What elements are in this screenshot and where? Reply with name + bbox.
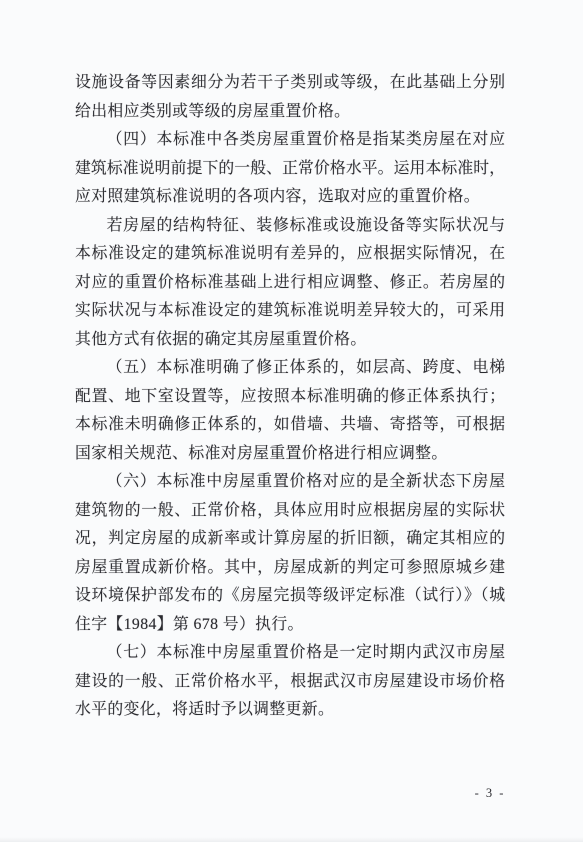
document-text-block: 设施设备等因素细分为若干子类别或等级，在此基础上分别给出相应类别或等级的房屋重置… <box>75 69 505 725</box>
text-line-19: 设环境保护部发布的《房屋完损等级评定标准（试行）》（城 <box>75 582 505 611</box>
text-line-13: 本标准未明确修正体系的，如借墙、共墙、寄搭等，可根据 <box>75 411 505 440</box>
text-line-8: 对应的重置价格标准基础上进行相应调整、修正。若房屋的 <box>75 269 505 298</box>
text-line-17: 况，判定房屋的成新率或计算房屋的折旧额，确定其相应的 <box>75 525 505 554</box>
text-line-23: 水平的变化，将适时予以调整更新。 <box>75 696 505 725</box>
text-line-16: 建筑物的一般、正常价格，具体应用时应根据房屋的实际状 <box>75 497 505 526</box>
text-line-3: （四）本标准中各类房屋重置价格是指某类房屋在对应 <box>75 126 505 155</box>
text-line-20: 住字【1984】第 678 号）执行。 <box>75 611 505 640</box>
text-line-4: 建筑标准说明前提下的一般、正常价格水平。运用本标准时， <box>75 155 505 184</box>
text-line-2: 给出相应类别或等级的房屋重置价格。 <box>75 98 505 127</box>
text-line-9: 实际状况与本标准设定的建筑标准说明差异较大的，可采用 <box>75 297 505 326</box>
text-line-15: （六）本标准中房屋重置价格对应的是全新状态下房屋 <box>75 468 505 497</box>
text-line-22: 建设的一般、正常价格水平，根据武汉市房屋建设市场价格 <box>75 668 505 697</box>
document-page: 设施设备等因素细分为若干子类别或等级，在此基础上分别给出相应类别或等级的房屋重置… <box>0 0 583 842</box>
text-line-14: 国家相关规范、标准对房屋重置价格进行相应调整。 <box>75 440 505 469</box>
text-line-11: （五）本标准明确了修正体系的，如层高、跨度、电梯 <box>75 354 505 383</box>
text-line-1: 设施设备等因素细分为若干子类别或等级，在此基础上分别 <box>75 69 505 98</box>
text-line-21: （七）本标准中房屋重置价格是一定时期内武汉市房屋 <box>75 639 505 668</box>
text-line-5: 应对照建筑标准说明的各项内容，选取对应的重置价格。 <box>75 183 505 212</box>
text-line-6: 若房屋的结构特征、装修标准或设施设备等实际状况与 <box>75 212 505 241</box>
text-line-18: 房屋重置成新价格。其中，房屋成新的判定可参照原城乡建 <box>75 554 505 583</box>
text-line-10: 其他方式有依据的确定其房屋重置价格。 <box>75 326 505 355</box>
text-line-12: 配置、地下室设置等，应按照本标准明确的修正体系执行； <box>75 383 505 412</box>
scan-bottom-edge <box>0 837 583 842</box>
text-line-7: 本标准设定的建筑标准说明有差异的，应根据实际情况，在 <box>75 240 505 269</box>
page-number: - 3 - <box>455 786 525 801</box>
